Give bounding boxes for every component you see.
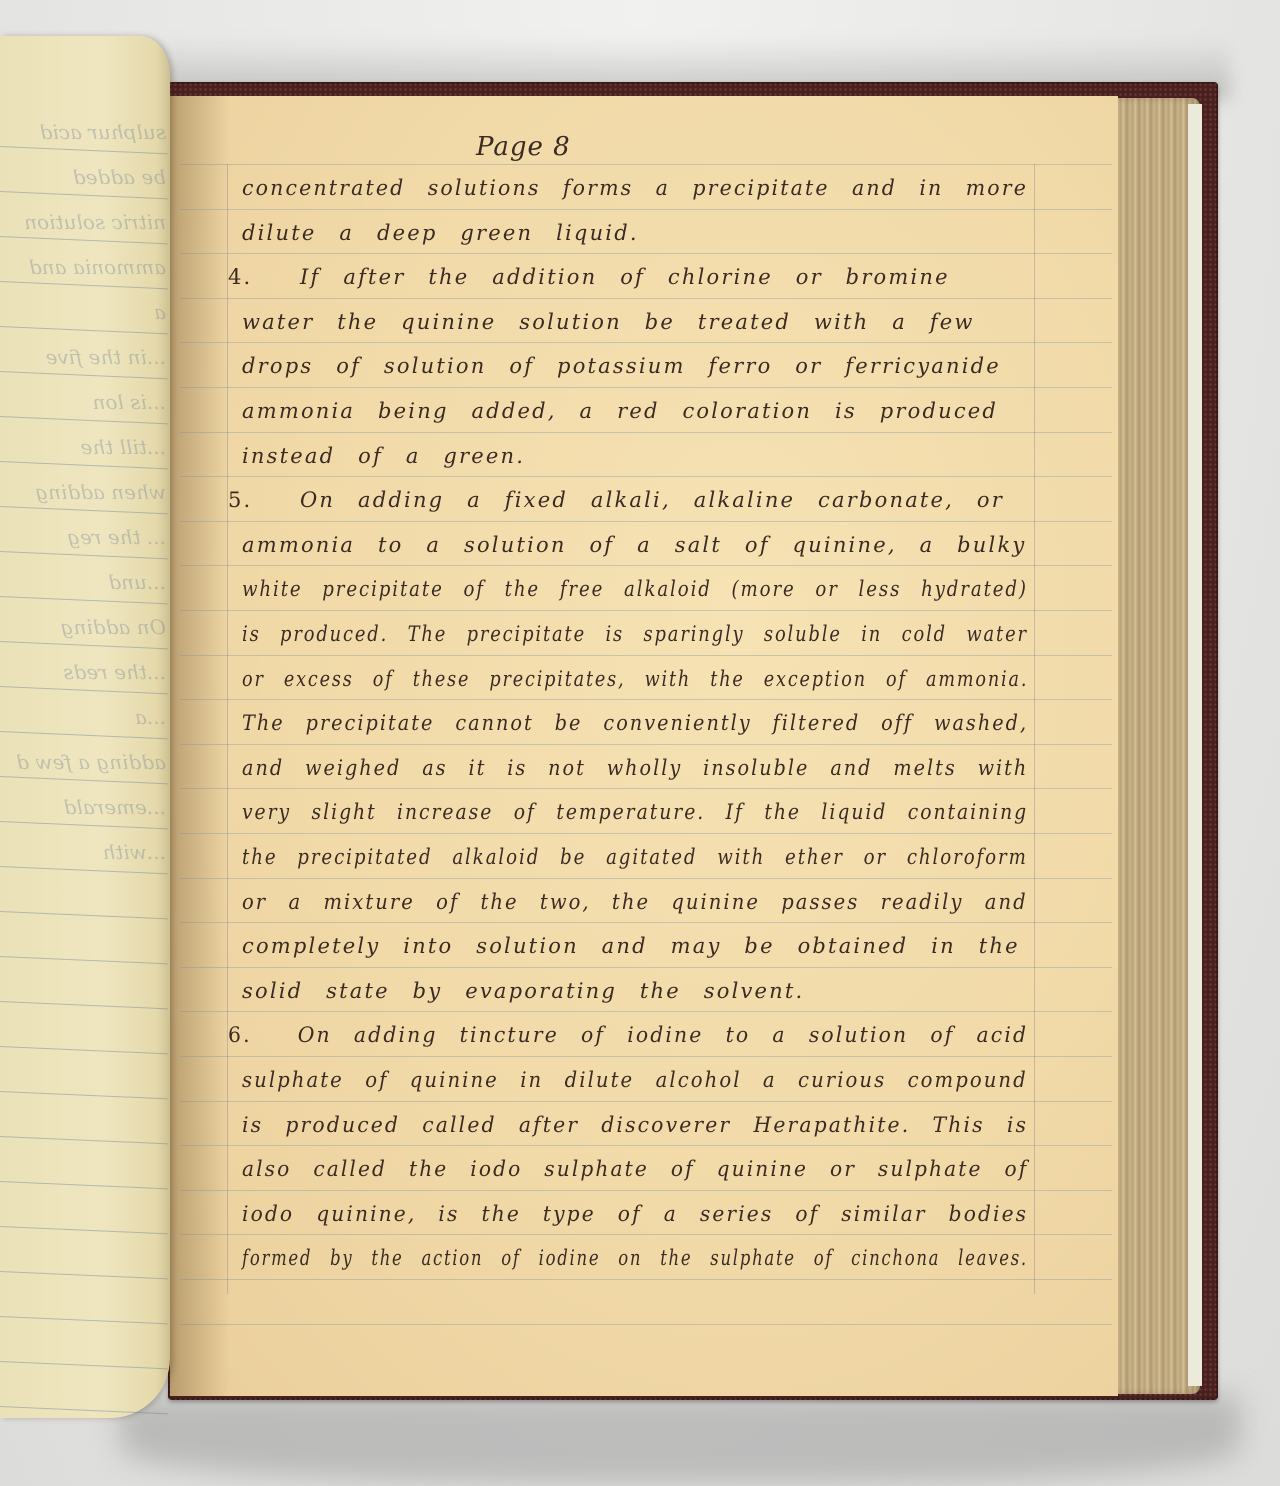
endpaper: [1188, 104, 1202, 1386]
rule-line: [180, 253, 1112, 254]
handwritten-line: The precipitate cannot be conveniently f…: [242, 711, 1028, 735]
line-text: or excess of these precipitates, with th…: [242, 667, 1028, 691]
bleed-through-text: ...the reds: [6, 660, 166, 684]
rule-line: [180, 878, 1112, 879]
line-text: concentrated solutions forms a precipita…: [242, 176, 1028, 200]
line-text: and weighed as it is not wholly insolubl…: [242, 756, 1028, 780]
rule-line: [180, 655, 1112, 656]
left-rule-line: [0, 551, 168, 559]
handwritten-line: very slight increase of temperature. If …: [242, 800, 1028, 824]
line-text: sulphate of quinine in dilute alcohol a …: [242, 1068, 1028, 1092]
rule-line: [180, 342, 1112, 343]
bleed-through-text: be added: [6, 165, 166, 189]
handwritten-line: drops of solution of potassium ferro or …: [242, 354, 1001, 378]
left-rule-line: [0, 1316, 168, 1324]
line-text: instead of a green.: [242, 444, 525, 468]
left-rule-line: [0, 1271, 168, 1279]
handwritten-line: instead of a green.: [242, 444, 525, 468]
handwritten-line: ammonia being added, a red coloration is…: [242, 399, 998, 423]
rule-line: [180, 1145, 1112, 1146]
bleed-through-text: a: [6, 300, 166, 324]
left-rule-line: [0, 821, 168, 829]
line-text: ammonia being added, a red coloration is…: [242, 399, 998, 423]
rule-line: [180, 788, 1112, 789]
line-text: The precipitate cannot be conveniently f…: [242, 711, 1028, 735]
rule-line: [180, 565, 1112, 566]
handwritten-line: white precipitate of the free alkaloid (…: [242, 577, 1028, 601]
rule-line: [180, 1056, 1112, 1057]
item-number: 5.: [228, 488, 300, 512]
bleed-through-text: sulphur acid: [6, 120, 166, 144]
bleed-through-text: ...und: [6, 570, 166, 594]
left-rule-line: [0, 281, 168, 289]
book-shadow-bottom: [120, 1395, 1240, 1485]
line-text: very slight increase of temperature. If …: [242, 800, 1028, 824]
handwritten-line: concentrated solutions forms a precipita…: [242, 176, 1028, 200]
line-text: iodo quinine, is the type of a series of…: [242, 1202, 1028, 1226]
left-rule-line: [0, 956, 168, 964]
bleed-through-text: ...emerald: [6, 795, 166, 819]
left-rule-line: [0, 1226, 168, 1234]
line-text: completely into solution and may be obta…: [242, 934, 1020, 958]
page-heading: Page 8: [476, 132, 571, 162]
bleed-through-text: ...is lon: [6, 390, 166, 414]
handwritten-line: or a mixture of the two, the quinine pas…: [242, 890, 1028, 914]
left-page-curled: sulphur acidbe addednitric solutionammon…: [0, 36, 170, 1418]
line-text: water the quinine solution be treated wi…: [242, 310, 975, 334]
rule-line: [180, 1190, 1112, 1191]
handwritten-line: dilute a deep green liquid.: [242, 221, 639, 245]
right-page: Page 8 concentrated solutions forms a pr…: [170, 96, 1118, 1396]
rule-line: [180, 476, 1112, 477]
bleed-through-text: nitric solution: [6, 210, 166, 234]
bleed-through-text: ...a: [6, 705, 166, 729]
line-text: dilute a deep green liquid.: [242, 221, 639, 245]
handwritten-line: also called the iodo sulphate of quinine…: [242, 1157, 1028, 1181]
handwritten-line: is produced. The precipitate is sparingl…: [242, 622, 1028, 646]
left-rule-line: [0, 326, 168, 334]
handwritten-line: completely into solution and may be obta…: [242, 934, 1020, 958]
rule-line: [180, 699, 1112, 700]
bleed-through-text: when adding: [6, 480, 166, 504]
rule-line: [180, 387, 1112, 388]
left-rule-line: [0, 596, 168, 604]
handwritten-line: and weighed as it is not wholly insolubl…: [242, 756, 1028, 780]
left-rule-line: [0, 641, 168, 649]
left-rule-line: [0, 686, 168, 694]
right-margin-line: [1034, 164, 1035, 1294]
rule-line: [180, 1011, 1112, 1012]
rule-line: [180, 432, 1112, 433]
bleed-through-text: On adding: [6, 615, 166, 639]
line-text: If after the addition of chlorine or bro…: [300, 265, 950, 289]
rule-line: [180, 1234, 1112, 1235]
bleed-through-text: ... the reg: [6, 525, 166, 549]
line-text: ammonia to a solution of a salt of quini…: [242, 533, 1026, 557]
line-text: also called the iodo sulphate of quinine…: [242, 1157, 1028, 1181]
left-rule-line: [0, 1361, 168, 1369]
line-text: or a mixture of the two, the quinine pas…: [242, 890, 1028, 914]
rule-line: [180, 164, 1112, 165]
bleed-through-text: ...till the: [6, 435, 166, 459]
rule-line: [180, 967, 1112, 968]
line-text: is produced called after discoverer Hera…: [242, 1113, 1028, 1137]
line-text: formed by the action of iodine on the su…: [242, 1246, 1028, 1270]
left-rule-line: [0, 866, 168, 874]
line-text: is produced. The precipitate is sparingl…: [242, 622, 1028, 646]
left-margin-line: [227, 164, 228, 1294]
rule-line: [180, 1324, 1112, 1325]
left-rule-line: [0, 1001, 168, 1009]
line-text: white precipitate of the free alkaloid (…: [242, 577, 1028, 601]
handwritten-line: 5.On adding a fixed alkali, alkaline car…: [228, 488, 1004, 512]
rule-line: [180, 1101, 1112, 1102]
left-rule-line: [0, 1091, 168, 1099]
left-rule-line: [0, 911, 168, 919]
handwritten-line: the precipitated alkaloid be agitated wi…: [242, 845, 1028, 869]
handwritten-line: is produced called after discoverer Hera…: [242, 1113, 1028, 1137]
left-rule-line: [0, 1181, 168, 1189]
handwritten-line: ammonia to a solution of a salt of quini…: [242, 533, 1026, 557]
left-rule-line: [0, 506, 168, 514]
handwritten-line: sulphate of quinine in dilute alcohol a …: [242, 1068, 1028, 1092]
line-text: the precipitated alkaloid be agitated wi…: [242, 845, 1028, 869]
left-rule-line: [0, 416, 168, 424]
handwritten-line: water the quinine solution be treated wi…: [242, 310, 975, 334]
left-rule-line: [0, 1136, 168, 1144]
rule-line: [180, 298, 1112, 299]
item-number: 4.: [228, 265, 300, 289]
bleed-through-text: ...with: [6, 840, 166, 864]
handwritten-line: 6.On adding tincture of iodine to a solu…: [228, 1023, 1028, 1047]
handwritten-line: 4.If after the addition of chlorine or b…: [228, 265, 950, 289]
bleed-through-text: ammonia and: [6, 255, 166, 279]
rule-line: [180, 1279, 1112, 1280]
rule-line: [180, 610, 1112, 611]
left-rule-line: [0, 146, 168, 154]
handwritten-line: solid state by evaporating the solvent.: [242, 979, 804, 1003]
handwritten-line: iodo quinine, is the type of a series of…: [242, 1202, 1028, 1226]
left-rule-line: [0, 731, 168, 739]
rule-line: [180, 833, 1112, 834]
left-rule-line: [0, 461, 168, 469]
bleed-through-text: ...in the five: [6, 345, 166, 369]
line-text: drops of solution of potassium ferro or …: [242, 354, 1001, 378]
rule-line: [180, 521, 1112, 522]
line-text: On adding tincture of iodine to a soluti…: [298, 1023, 1028, 1047]
line-text: On adding a fixed alkali, alkaline carbo…: [300, 488, 1004, 512]
handwritten-line: or excess of these precipitates, with th…: [242, 667, 1028, 691]
left-rule-line: [0, 776, 168, 784]
left-rule-line: [0, 191, 168, 199]
rule-line: [180, 922, 1112, 923]
rule-line: [180, 744, 1112, 745]
handwritten-line: formed by the action of iodine on the su…: [242, 1246, 1028, 1270]
left-rule-line: [0, 1046, 168, 1054]
line-text: solid state by evaporating the solvent.: [242, 979, 804, 1003]
bleed-through-text: adding a few d: [6, 750, 166, 774]
rule-line: [180, 209, 1112, 210]
item-number: 6.: [228, 1023, 298, 1047]
left-rule-line: [0, 236, 168, 244]
left-rule-line: [0, 371, 168, 379]
